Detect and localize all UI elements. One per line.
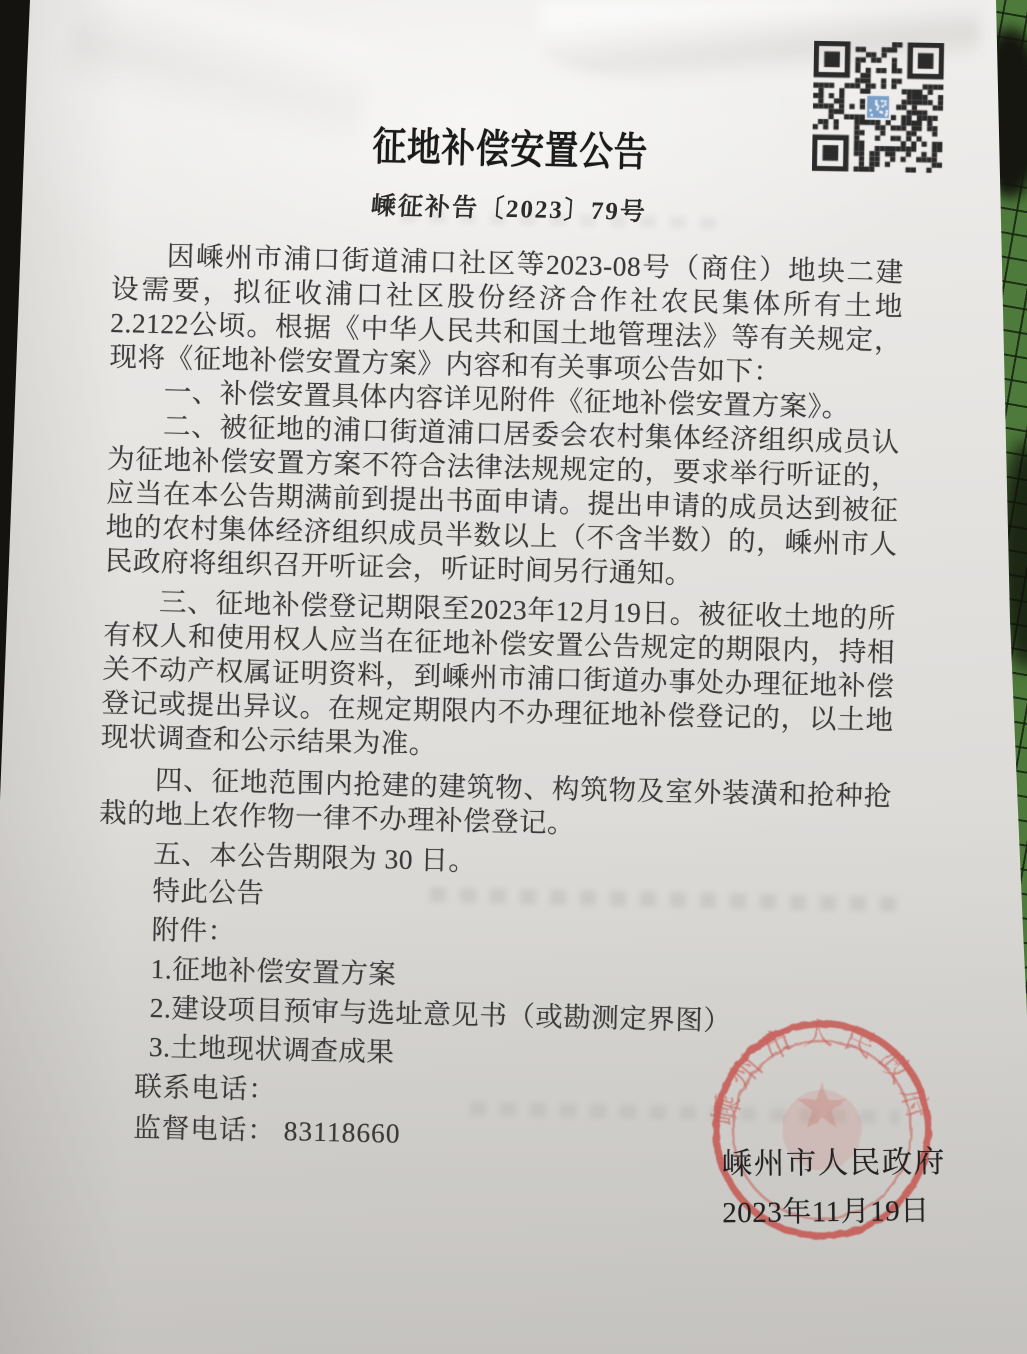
- paragraph-item-4: 四、征地范围内抢建的建筑物、构筑物及室外装潢和抢种抢栽的地上农作物一律不办理补偿…: [99, 762, 892, 848]
- paragraph-intro: 因嵊州市浦口街道浦口社区等2023-08号（商住）地块二建设需要，拟征收浦口社区…: [109, 238, 904, 392]
- issue-date: 2023年11月19日: [722, 1188, 962, 1232]
- document-body: 因嵊州市浦口街道浦口社区等2023-08号（商住）地块二建设需要，拟征收浦口社区…: [98, 238, 904, 888]
- paragraph-item-2: 二、被征地的浦口街道浦口居委会农村集体经济组织成员认为征地补偿安置方案不符合法律…: [105, 408, 901, 596]
- seal-star-icon: ★: [793, 1071, 850, 1142]
- paper-sheet: 征地补偿安置公告 嵊征补告〔2023〕79号 因嵊州市浦口街道浦口社区等2023…: [0, 0, 1027, 1354]
- contact-phone-label: 联系电话：: [134, 1071, 277, 1105]
- paragraph-item-3: 三、征地补偿登记期限至2023年12月19日。被征收土地的所有权人和使用权人应当…: [101, 584, 897, 772]
- qr-code: [812, 41, 948, 177]
- supervision-phone-number: 83118660: [283, 1115, 401, 1149]
- document-number: 嵊征补告〔2023〕79号: [112, 180, 906, 234]
- issuer-name: 嵊州市人民政府: [722, 1137, 962, 1184]
- photo-of-document: { "document": { "title": "征地补偿安置公告", "do…: [0, 0, 1027, 1354]
- supervision-phone-label: 监督电话：: [133, 1112, 276, 1146]
- document-title: 征地补偿安置公告: [177, 119, 843, 180]
- signature-block: 嵊州市人民政府 2023年11月19日: [722, 1137, 963, 1232]
